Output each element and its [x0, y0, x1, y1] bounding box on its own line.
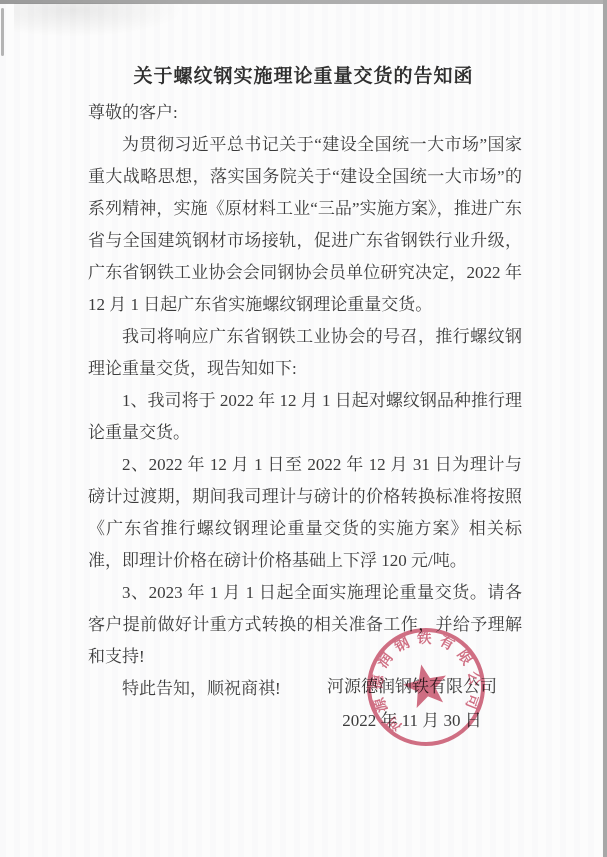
- document-title: 关于螺纹钢实施理论重量交货的告知函: [0, 61, 607, 88]
- salutation: 尊敬的客户:: [88, 97, 522, 129]
- paragraph-item-2: 2、2022 年 12 月 1 日至 2022 年 12 月 31 日为理计与磅…: [88, 449, 522, 577]
- company-seal-stamp: 河源德润钢铁有限公司: [335, 596, 518, 779]
- scan-smudge: [14, 3, 184, 37]
- paragraph-announcement: 我司将响应广东省钢铁工业协会的号召，推行螺纹钢理论重量交货，现告知如下:: [88, 321, 522, 385]
- paragraph-intro: 为贯彻习近平总书记关于“建设全国统一大市场”国家重大战略思想，落实国务院关于“建…: [88, 129, 522, 321]
- paragraph-item-1: 1、我司将于 2022 年 12 月 1 日起对螺纹钢品种推行理论重量交货。: [88, 385, 522, 449]
- scan-edge-right: [603, 0, 607, 857]
- scanned-document-page: 关于螺纹钢实施理论重量交货的告知函 尊敬的客户: 为贯彻习近平总书记关于“建设全…: [0, 0, 607, 857]
- scan-edge-left-mark: [1, 8, 4, 56]
- seal-star-icon: [400, 660, 451, 710]
